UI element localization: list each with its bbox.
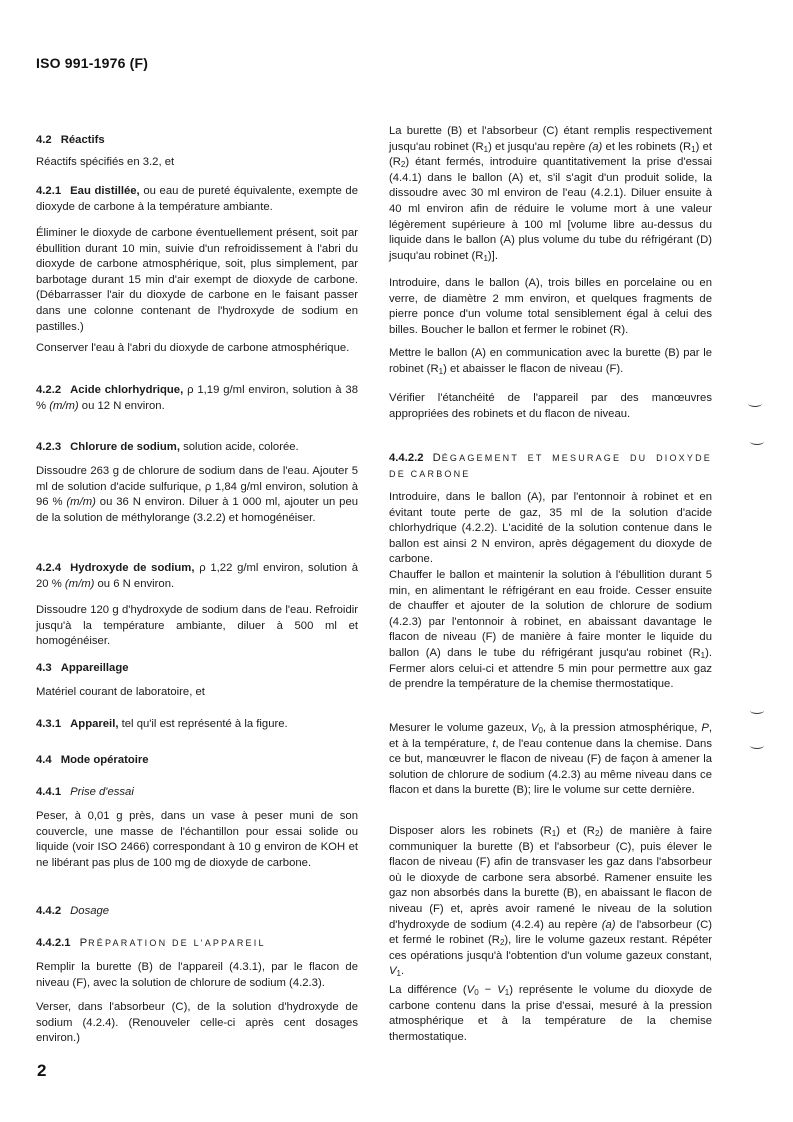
- paragraph: Chauffer le ballon et maintenir la solut…: [389, 568, 712, 693]
- page-number: 2: [37, 1061, 46, 1081]
- paragraph: Remplir la burette (B) de l'appareil (4.…: [36, 960, 358, 991]
- paragraph: Verser, dans l'absorbeur (C), de la solu…: [36, 1000, 358, 1047]
- paragraph: Disposer alors les robinets (R1) et (R2)…: [389, 824, 712, 980]
- paragraph: Dissoudre 120 g d'hydroxyde de sodium da…: [36, 603, 358, 650]
- paragraph: Mettre le ballon (A) en communication av…: [389, 346, 712, 377]
- section-heading-4-4-1: 4.4.1Prise d'essai: [36, 785, 358, 801]
- section-heading-4-4-2-1: 4.4.2.1Préparation de l'appareil: [36, 936, 358, 952]
- section-heading-4-3: 4.3Appareillage: [36, 661, 358, 677]
- paragraph: Dissoudre 263 g de chlorure de sodium da…: [36, 464, 358, 526]
- paragraph: Peser, à 0,01 g près, dans un vase à pes…: [36, 809, 358, 871]
- paragraph: La différence (V0 − V1) représente le vo…: [389, 983, 712, 1045]
- paragraph: Vérifier l'étanchéité de l'appareil par …: [389, 391, 712, 422]
- scan-margin-mark: [750, 438, 764, 445]
- scan-margin-mark: [750, 742, 764, 749]
- paragraph: La burette (B) et l'absorbeur (C) étant …: [389, 124, 712, 264]
- scan-margin-mark: [748, 400, 762, 407]
- paragraph: Mesurer le volume gazeux, V0, à la press…: [389, 721, 712, 799]
- section-heading-4-4-2: 4.4.2Dosage: [36, 904, 358, 920]
- section-4-2-2: 4.2.2Acide chlorhydrique, ρ 1,19 g/ml en…: [36, 383, 358, 414]
- paragraph: Introduire, dans le ballon (A), trois bi…: [389, 276, 712, 338]
- section-heading-4-4: 4.4Mode opératoire: [36, 753, 358, 769]
- paragraph: Introduire, dans le ballon (A), par l'en…: [389, 490, 712, 568]
- section-4-2-3: 4.2.3Chlorure de sodium, solution acide,…: [36, 440, 358, 456]
- paragraph: Réactifs spécifiés en 3.2, et: [36, 155, 358, 171]
- section-heading-4-2: 4.2Réactifs: [36, 133, 358, 149]
- document-header: ISO 991-1976 (F): [36, 55, 148, 71]
- paragraph: Éliminer le dioxyde de carbone éventuell…: [36, 226, 358, 335]
- scan-margin-mark: [750, 707, 764, 714]
- paragraph: Conserver l'eau à l'abri du dioxyde de c…: [36, 341, 358, 357]
- section-4-3-1: 4.3.1Appareil, tel qu'il est représenté …: [36, 717, 358, 733]
- section-4-2-1: 4.2.1Eau distillée, ou eau de pureté équ…: [36, 184, 358, 215]
- section-4-2-4: 4.2.4Hydroxyde de sodium, ρ 1,22 g/ml en…: [36, 561, 358, 592]
- section-heading-4-4-2-2: 4.4.2.2Dégagement et mesurage du dioxyde…: [389, 451, 712, 482]
- paragraph: Matériel courant de laboratoire, et: [36, 685, 358, 701]
